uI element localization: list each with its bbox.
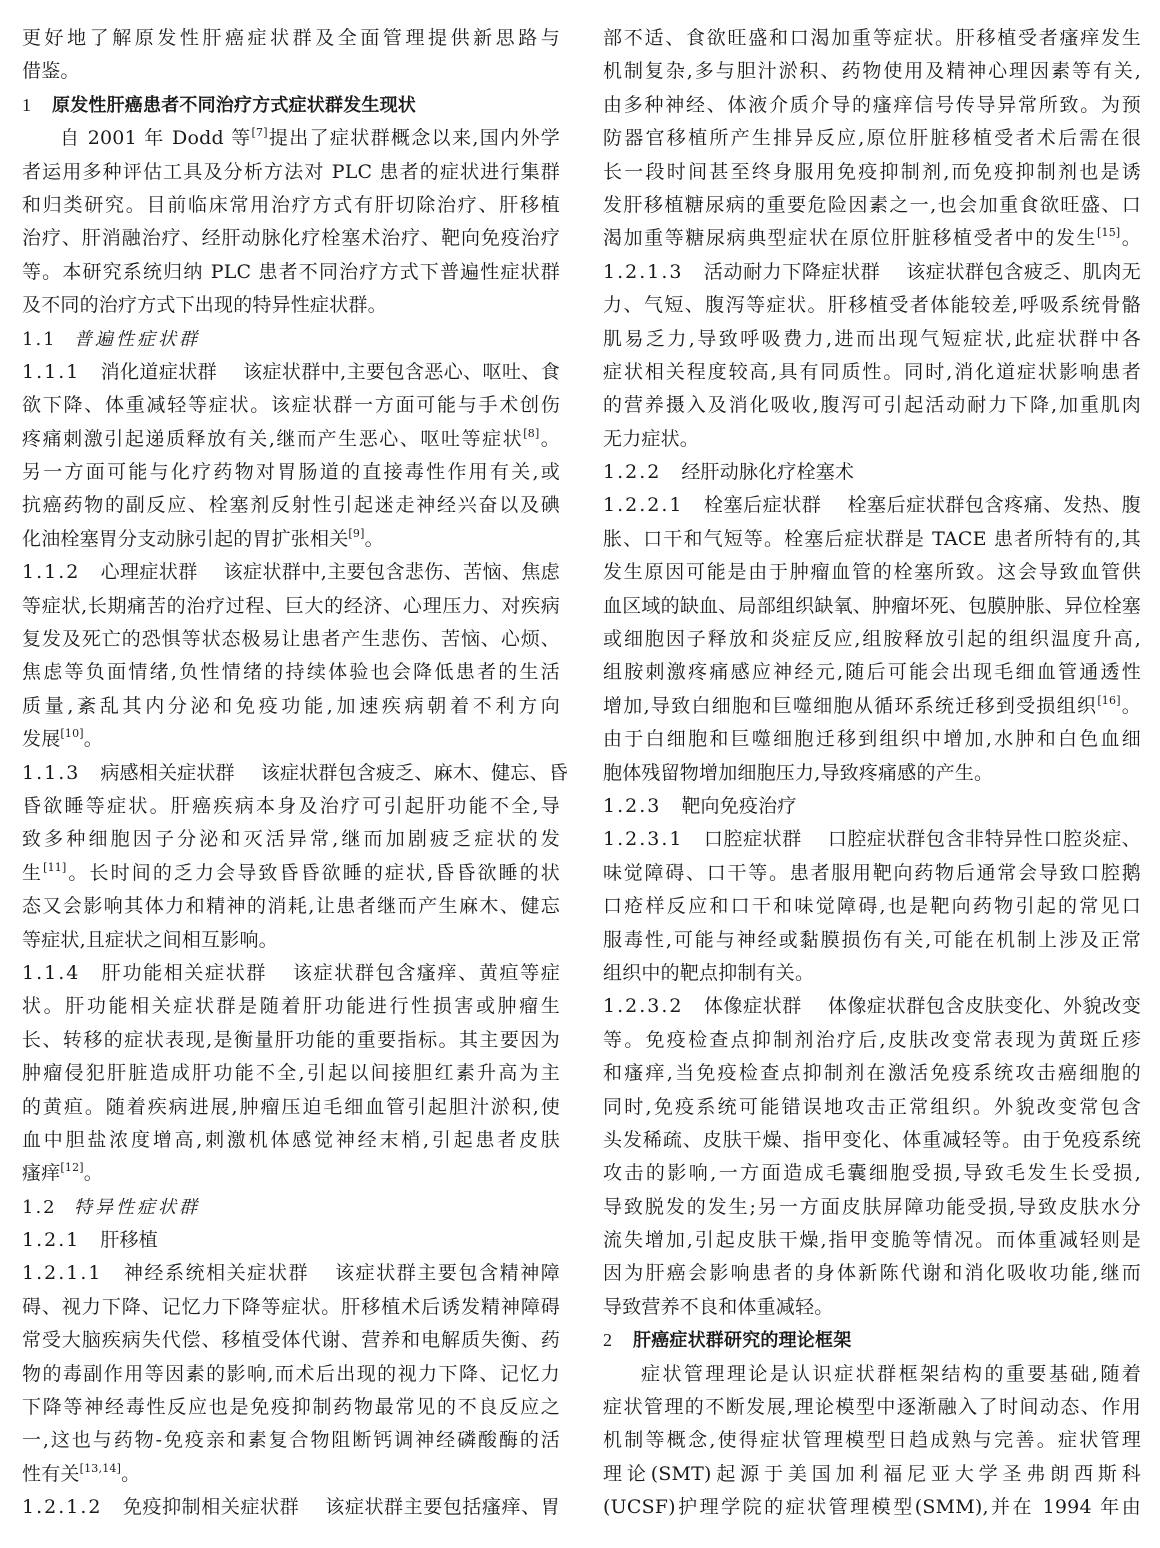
subsubsection-heading: 1.2.2经肝动脉化疗栓塞术 (603, 456, 1141, 489)
text-run: 性有关 (22, 1463, 80, 1485)
body-text-line: 焦虑等负面情绪,负性情绪的持续体验也会降低患者的生活 (22, 656, 560, 689)
text-run: 该症状群包含瘙痒、黄疸等症 (293, 962, 560, 984)
text-run: 体像症状群包含皮肤变化、外貌改变 (828, 995, 1141, 1017)
body-text-line: 口疮样反应和口干和味觉障碍,也是靶向药物引起的常见口 (603, 890, 1141, 923)
text-run: 复发及死亡的恐惧等状态极易让患者产生悲伤、苦恼、心烦、 (22, 628, 560, 650)
text-run: 。长时间的乏力会导致昏昏欲睡的症状,昏昏欲睡的状 (67, 862, 561, 884)
body-text-line: 者运用多种评估工具及分析方法对 PLC 患者的症状进行集群 (22, 156, 560, 189)
body-text-line: 等。本研究系统归纳 PLC 患者不同治疗方式下普遍性症状群 (22, 256, 560, 289)
text-run: 机制等概念,使得症状管理模型日趋成熟与完善。症状管理 (603, 1429, 1141, 1451)
subsubsection-number: 1.2.3 (603, 795, 661, 817)
body-text-line: 借鉴。 (22, 55, 560, 88)
citation-ref: [16] (1097, 694, 1120, 707)
body-text-line: 肌易乏力,导致呼吸费力,进而出现气短症状,此症状群中各 (603, 323, 1141, 356)
subsection-number: 1.2 (22, 1191, 74, 1224)
subsubsection-title: 肝移植 (100, 1229, 158, 1251)
text-run: 昏欲睡等症状。肝癌疾病本身及治疗可引起肝功能不全,导 (22, 795, 560, 817)
text-run: 等。本研究系统归纳 PLC 患者不同治疗方式下普遍性症状群 (22, 261, 560, 283)
subsection-title: 特异性症状群 (74, 1197, 200, 1218)
text-run: 等。免疫检查点抑制剂治疗后,皮肤改变常表现为黄斑丘疹 (603, 1029, 1141, 1051)
text-run: 发展 (22, 728, 60, 750)
body-text-line: 组胺刺激疼痛感应神经元,随后可能会出现毛细血管通透性 (603, 656, 1141, 689)
text-run: 该症状群中,主要包含恶心、呕吐、食 (243, 361, 560, 383)
text-run: 该症状群中,主要包含悲伤、苦恼、焦虑 (224, 561, 560, 583)
text-run: 。 (84, 728, 103, 750)
citation-ref: [10] (60, 727, 83, 740)
text-run: 。 (1121, 695, 1141, 717)
text-run: 服毒性,可能与神经或黏膜损伤有关,可能在机制上涉及正常 (603, 929, 1141, 951)
body-text-line: 味觉障碍、口干等。患者服用靶向药物后通常会导致口腔鹅 (603, 857, 1141, 890)
text-run: 同时,免疫系统可能错误地攻击正常组织。外貌改变常包含 (603, 1096, 1141, 1118)
subsection-title: 普遍性症状群 (74, 329, 200, 350)
text-run: 该症状群主要包含精神障 (335, 1262, 560, 1284)
text-run: 瘙痒 (22, 1162, 60, 1184)
body-text-line: 昏欲睡等症状。肝癌疾病本身及治疗可引起肝功能不全,导 (22, 790, 560, 823)
body-text-line: 复发及死亡的恐惧等状态极易让患者产生悲伤、苦恼、心烦、 (22, 623, 560, 656)
body-text-line: 更好地了解原发性肝癌症状群及全面管理提供新思路与 (22, 22, 560, 55)
body-text-line: 等。免疫检查点抑制剂治疗后,皮肤改变常表现为黄斑丘疹 (603, 1024, 1141, 1057)
body-text-line: 1.2.1.3活动耐力下降症状群该症状群包含疲乏、肌肉无 (603, 256, 1141, 289)
body-text-line: 症状管理的不断发展,理论模型中逐渐融入了时间动态、作用 (603, 1391, 1141, 1424)
section-heading: 2肝癌症状群研究的理论框架 (603, 1324, 1141, 1357)
text-run: 增加,导致白细胞和巨噬细胞从循环系统迁移到受损组织 (603, 695, 1097, 717)
body-text-line: 头发稀疏、皮肤干燥、指甲变化、体重减轻等。由于免疫系统 (603, 1124, 1141, 1157)
body-text-line: 长一段时间甚至终身服用免疫抑制剂,而免疫抑制剂也是诱 (603, 156, 1141, 189)
body-text-line: 机制复杂,多与胆汁淤积、药物使用及精神心理因素等有关, (603, 55, 1141, 88)
paragraph-number: 1.2.3.2 (603, 995, 683, 1017)
text-run: 等症状,且症状之间相互影响。 (22, 929, 278, 951)
text-run: 血区域的缺血、局部组织缺氧、肿瘤坏死、包膜肿胀、异位栓塞 (603, 595, 1141, 617)
body-text-line: 等症状,且症状之间相互影响。 (22, 924, 560, 957)
right-column: 部不适、食欲旺盛和口渴加重等症状。肝移植受者瘙痒发生机制复杂,多与胆汁淤积、药物… (603, 22, 1141, 1525)
text-run: 渴加重等糖尿病典型症状在原位肝脏移植受者中的发生 (603, 227, 1097, 249)
text-run: 味觉障碍、口干等。患者服用靶向药物后通常会导致口腔鹅 (603, 862, 1141, 884)
paragraph-number: 1.2.1.3 (603, 261, 683, 283)
body-text-line: 胀、口干和气短等。栓塞后症状群是 TACE 患者所特有的,其 (603, 523, 1141, 556)
body-text-line: (UCSF)护理学院的症状管理模型(SMM),并在 1994 年由 (603, 1491, 1141, 1524)
body-text-line: 部不适、食欲旺盛和口渴加重等症状。肝移植受者瘙痒发生 (603, 22, 1141, 55)
subsection-heading: 1.2特异性症状群 (22, 1191, 560, 1224)
text-run: 口疮样反应和口干和味觉障碍,也是靶向药物引起的常见口 (603, 895, 1141, 917)
text-run: 致多种细胞因子分泌和灭活异常,继而加剧疲乏症状的发 (22, 828, 560, 850)
subsection-heading: 1.1普遍性症状群 (22, 323, 560, 356)
subsubsection-title: 经肝动脉化疗栓塞术 (681, 461, 854, 483)
text-run: 或细胞因子释放和炎症反应,组胺释放引起的组织温度升高, (603, 628, 1141, 650)
text-run: 长一段时间甚至终身服用免疫抑制剂,而免疫抑制剂也是诱 (603, 161, 1141, 183)
body-text-line: 疼痛刺激引起递质释放有关,继而产生恶心、呕吐等症状[8]。 (22, 423, 560, 456)
citation-ref: [13,14] (80, 1462, 121, 1475)
citation-ref: [9] (348, 527, 364, 540)
text-run: 化油栓塞胃分支动脉引起的胃扩张相关 (22, 528, 348, 550)
body-text-line: 组织中的靶点抑制有关。 (603, 957, 1141, 990)
section-title: 肝癌症状群研究的理论框架 (633, 1330, 851, 1351)
subsubsection-number: 1.2.1 (22, 1229, 80, 1251)
text-run: 长、转移的症状表现,是衡量肝功能的重要指标。其主要因为 (22, 1029, 560, 1051)
text-run: 症状管理理论是认识症状群框架结构的重要基础,随着 (641, 1363, 1141, 1385)
body-text-line: 态又会影响其体力和精神的消耗,让患者继而产生麻木、健忘 (22, 890, 560, 923)
text-run: 胞体残留物增加细胞压力,导致疼痛感的产生。 (603, 762, 993, 784)
paragraph-number: 1.1.4 (22, 962, 80, 984)
text-run: 抗癌药物的副反应、栓塞剂反射性引起迷走神经兴奋以及碘 (22, 494, 560, 516)
text-run: 症状管理的不断发展,理论模型中逐渐融入了时间动态、作用 (603, 1396, 1141, 1418)
text-run: 导致营养不良和体重减轻。 (603, 1296, 833, 1318)
subsection-number: 1.1 (22, 323, 74, 356)
text-run: 部不适、食欲旺盛和口渴加重等症状。肝移植受者瘙痒发生 (603, 27, 1141, 49)
body-text-line: 症状管理理论是认识症状群框架结构的重要基础,随着 (603, 1358, 1141, 1391)
body-text-line: 1.1.3病感相关症状群该症状群包含疲乏、麻木、健忘、昏 (22, 757, 560, 790)
text-run: 。 (1120, 227, 1141, 249)
body-text-line: 1.2.1.2免疫抑制相关症状群该症状群主要包括瘙痒、胃 (22, 1491, 560, 1524)
body-text-line: 发生原因可能是由于肿瘤血管的栓塞所致。这会导致血管供 (603, 556, 1141, 589)
text-run: 因为肝癌会影响患者的身体新陈代谢和消化吸收功能,继而 (603, 1262, 1141, 1284)
body-text-line: 无力症状。 (603, 423, 1141, 456)
paragraph-number: 1.2.2.1 (603, 494, 683, 516)
body-text-line: 状。肝功能相关症状群是随着肝功能进行性损害或肿瘤生 (22, 990, 560, 1023)
body-text-line: 由多种神经、体液介质介导的瘙痒信号传导异常所致。为预 (603, 89, 1141, 122)
body-text-line: 治疗、肝消融治疗、经肝动脉化疗栓塞术治疗、靶向免疫治疗 (22, 222, 560, 255)
body-text-line: 和瘙痒,当免疫检查点抑制剂在激活免疫系统攻击癌细胞的 (603, 1057, 1141, 1090)
text-run: 借鉴。 (22, 60, 80, 82)
body-text-line: 化油栓塞胃分支动脉引起的胃扩张相关[9]。 (22, 523, 560, 556)
paragraph-title: 免疫抑制相关症状群 (122, 1496, 299, 1518)
body-text-line: 致多种细胞因子分泌和灭活异常,继而加剧疲乏症状的发 (22, 823, 560, 856)
body-text-line: 性有关[13,14]。 (22, 1458, 560, 1491)
body-text-line: 血区域的缺血、局部组织缺氧、肿瘤坏死、包膜肿胀、异位栓塞 (603, 590, 1141, 623)
text-run: 。 (365, 528, 384, 550)
body-text-line: 1.2.3.1口腔症状群口腔症状群包含非特异性口腔炎症、 (603, 823, 1141, 856)
body-text-line: 胞体残留物增加细胞压力,导致疼痛感的产生。 (603, 757, 1141, 790)
paragraph-title: 活动耐力下降症状群 (703, 261, 880, 283)
body-text-line: 一,这也与药物-免疫亲和素复合物阻断钙调神经磷酸酶的活 (22, 1424, 560, 1457)
subsubsection-number: 1.2.2 (603, 461, 661, 483)
body-text-line: 发展[10]。 (22, 723, 560, 756)
paragraph-number: 1.2.3.1 (603, 828, 683, 850)
paragraph-title: 消化道症状群 (100, 361, 217, 383)
body-text-line: 抗癌药物的副反应、栓塞剂反射性引起迷走神经兴奋以及碘 (22, 489, 560, 522)
text-run: 物的毒副作用等因素的影响,而术后出现的视力下降、记忆力 (22, 1363, 560, 1385)
body-text-line: 或细胞因子释放和炎症反应,组胺释放引起的组织温度升高, (603, 623, 1141, 656)
text-run: 血中胆盐浓度增高,刺激机体感觉神经末梢,引起患者皮肤 (22, 1129, 560, 1151)
text-run: 。 (121, 1463, 140, 1485)
body-text-line: 生[11]。长时间的乏力会导致昏昏欲睡的症状,昏昏欲睡的状 (22, 857, 560, 890)
text-run: 质量,紊乱其内分泌和免疫功能,加速疾病朝着不利方向 (22, 695, 560, 717)
text-run: 欲下降、体重减轻等症状。该症状群一方面可能与手术创伤 (22, 394, 560, 416)
citation-ref: [7] (252, 126, 268, 139)
text-run: 生 (22, 862, 43, 884)
body-text-line: 下降等神经毒性反应也是免疫抑制药物最常见的不良反应之 (22, 1391, 560, 1424)
text-run: 一,这也与药物-免疫亲和素复合物阻断钙调神经磷酸酶的活 (22, 1429, 560, 1451)
paragraph-title: 体像症状群 (703, 995, 801, 1017)
text-run: (UCSF)护理学院的症状管理模型(SMM),并在 1994 年由 (603, 1496, 1141, 1518)
text-run: 的黄疸。随着疾病进展,肿瘤压迫毛细血管引起胆汁淤积,使 (22, 1096, 560, 1118)
body-text-line: 1.1.4肝功能相关症状群该症状群包含瘙痒、黄疸等症 (22, 957, 560, 990)
body-text-line: 1.2.2.1栓塞后症状群栓塞后症状群包含疼痛、发热、腹 (603, 489, 1141, 522)
body-text-line: 1.1.2心理症状群该症状群中,主要包含悲伤、苦恼、焦虑 (22, 556, 560, 589)
text-run: 该症状群包含疲乏、麻木、健忘、昏 (261, 762, 568, 784)
body-text-line: 血中胆盐浓度增高,刺激机体感觉神经末梢,引起患者皮肤 (22, 1124, 560, 1157)
text-run: 导致脱发的发生;另一方面皮肤屏障功能受损,导致皮肤水分 (603, 1196, 1141, 1218)
citation-ref: [12] (60, 1161, 83, 1174)
subsubsection-title: 靶向免疫治疗 (681, 795, 796, 817)
text-run: 该症状群包含疲乏、肌肉无 (906, 261, 1141, 283)
text-run: 无力症状。 (603, 428, 699, 450)
text-run: 栓塞后症状群包含疼痛、发热、腹 (847, 494, 1141, 516)
body-text-line: 欲下降、体重减轻等症状。该症状群一方面可能与手术创伤 (22, 389, 560, 422)
text-run: 力、气短、腹泻等症状。肝移植受者体能较差,呼吸系统骨骼 (603, 294, 1141, 316)
text-run: 态又会影响其体力和精神的消耗,让患者继而产生麻木、健忘 (22, 895, 560, 917)
paragraph-title: 肝功能相关症状群 (100, 962, 267, 984)
section-number: 1 (22, 89, 52, 122)
text-run: 和瘙痒,当免疫检查点抑制剂在激活免疫系统攻击癌细胞的 (603, 1062, 1141, 1084)
body-text-line: 的营养摄入及消化吸收,腹泻可引起活动耐力下降,加重肌肉 (603, 389, 1141, 422)
body-text-line: 导致脱发的发生;另一方面皮肤屏障功能受损,导致皮肤水分 (603, 1191, 1141, 1224)
body-text-line: 因为肝癌会影响患者的身体新陈代谢和消化吸收功能,继而 (603, 1257, 1141, 1290)
body-text-line: 1.2.1.1神经系统相关症状群该症状群主要包含精神障 (22, 1257, 560, 1290)
text-run: 常受大脑疾病失代偿、移植受体代谢、营养和电解质失衡、药 (22, 1329, 560, 1351)
text-run: 理论(SMT)起源于美国加利福尼亚大学圣弗朗西斯科 (603, 1463, 1141, 1485)
text-run: 防器官移植所产生排异反应,原位肝脏移植受者术后需在很 (603, 127, 1141, 149)
body-text-line: 的黄疸。随着疾病进展,肿瘤压迫毛细血管引起胆汁淤积,使 (22, 1091, 560, 1124)
text-run: 治疗、肝消融治疗、经肝动脉化疗栓塞术治疗、靶向免疫治疗 (22, 227, 560, 249)
body-text-line: 攻击的影响,一方面造成毛囊细胞受损,导致毛发生长受损, (603, 1157, 1141, 1190)
text-run: 和归类研究。目前临床常用治疗方式有肝切除治疗、肝移植 (22, 194, 560, 216)
paragraph-title: 病感相关症状群 (100, 762, 234, 784)
body-text-line: 流失增加,引起皮肤干燥,指甲变脆等情况。而体重减轻则是 (603, 1224, 1141, 1257)
text-run: 由于白细胞和巨噬细胞迁移到组织中增加,水肿和白色血细 (603, 728, 1141, 750)
body-text-line: 导致营养不良和体重减轻。 (603, 1291, 1141, 1324)
paragraph-title: 口腔症状群 (703, 828, 801, 850)
body-text-line: 服毒性,可能与神经或黏膜损伤有关,可能在机制上涉及正常 (603, 924, 1141, 957)
text-run: 胀、口干和气短等。栓塞后症状群是 TACE 患者所特有的,其 (603, 528, 1141, 550)
text-run: 及不同的治疗方式下出现的特异性症状群。 (22, 294, 387, 316)
text-run: 。 (539, 428, 560, 450)
text-run: 组胺刺激疼痛感应神经元,随后可能会出现毛细血管通透性 (603, 661, 1141, 683)
text-run: 者运用多种评估工具及分析方法对 PLC 患者的症状进行集群 (22, 161, 560, 183)
text-run: 机制复杂,多与胆汁淤积、药物使用及精神心理因素等有关, (603, 60, 1141, 82)
paragraph-number: 1.1.1 (22, 361, 80, 383)
subsubsection-heading: 1.2.3靶向免疫治疗 (603, 790, 1141, 823)
body-text-line: 症状相关程度较高,具有同质性。同时,消化道症状影响患者 (603, 356, 1141, 389)
text-run: 该症状群主要包括瘙痒、胃 (325, 1496, 560, 1518)
paragraph-number: 1.2.1.1 (22, 1262, 102, 1284)
paragraph-title: 心理症状群 (100, 561, 197, 583)
section-title: 原发性肝癌患者不同治疗方式症状群发生现状 (52, 95, 416, 116)
body-text-line: 等症状,长期痛苦的治疗过程、巨大的经济、心理压力、对疾病 (22, 590, 560, 623)
text-run: 自 2001 年 Dodd 等 (60, 127, 252, 149)
body-text-line: 和归类研究。目前临床常用治疗方式有肝切除治疗、肝移植 (22, 189, 560, 222)
body-text-line: 物的毒副作用等因素的影响,而术后出现的视力下降、记忆力 (22, 1358, 560, 1391)
text-run: 的营养摄入及消化吸收,腹泻可引起活动耐力下降,加重肌肉 (603, 394, 1141, 416)
body-text-line: 渴加重等糖尿病典型症状在原位肝脏移植受者中的发生[15]。 (603, 222, 1141, 255)
text-run: 肿瘤侵犯肝脏造成肝功能不全,引起以间接胆红素升高为主 (22, 1062, 560, 1084)
text-run: 更好地了解原发性肝癌症状群及全面管理提供新思路与 (22, 27, 560, 49)
body-text-line: 另一方面可能与化疗药物对胃肠道的直接毒性作用有关,或 (22, 456, 560, 489)
body-text-line: 机制等概念,使得症状管理模型日趋成熟与完善。症状管理 (603, 1424, 1141, 1457)
body-text-line: 发肝移植糖尿病的重要危险因素之一,也会加重食欲旺盛、口 (603, 189, 1141, 222)
text-run: 组织中的靶点抑制有关。 (603, 962, 814, 984)
paragraph-number: 1.1.2 (22, 561, 80, 583)
body-text-line: 碍、视力下降、记忆力下降等症状。肝移植术后诱发精神障碍 (22, 1291, 560, 1324)
paragraph-number: 1.1.3 (22, 762, 80, 784)
text-run: 焦虑等负面情绪,负性情绪的持续体验也会降低患者的生活 (22, 661, 560, 683)
body-text-line: 自 2001 年 Dodd 等[7]提出了症状群概念以来,国内外学 (22, 122, 560, 155)
text-run: 肌易乏力,导致呼吸费力,进而出现气短症状,此症状群中各 (603, 328, 1141, 350)
paragraph-title: 神经系统相关症状群 (122, 1262, 309, 1284)
body-text-line: 增加,导致白细胞和巨噬细胞从循环系统迁移到受损组织[16]。 (603, 690, 1141, 723)
text-run: 流失增加,引起皮肤干燥,指甲变脆等情况。而体重减轻则是 (603, 1229, 1141, 1251)
section-heading: 1原发性肝癌患者不同治疗方式症状群发生现状 (22, 89, 560, 122)
body-text-line: 理论(SMT)起源于美国加利福尼亚大学圣弗朗西斯科 (603, 1458, 1141, 1491)
section-number: 2 (603, 1324, 633, 1357)
left-column: 更好地了解原发性肝癌症状群及全面管理提供新思路与借鉴。1原发性肝癌患者不同治疗方… (22, 22, 560, 1525)
text-run: 头发稀疏、皮肤干燥、指甲变化、体重减轻等。由于免疫系统 (603, 1129, 1141, 1151)
text-run: 发肝移植糖尿病的重要危险因素之一,也会加重食欲旺盛、口 (603, 194, 1141, 216)
text-run: 碍、视力下降、记忆力下降等症状。肝移植术后诱发精神障碍 (22, 1296, 560, 1318)
text-run: 疼痛刺激引起递质释放有关,继而产生恶心、呕吐等症状 (22, 428, 523, 450)
text-run: 提出了症状群概念以来,国内外学 (268, 127, 560, 149)
body-text-line: 瘙痒[12]。 (22, 1157, 560, 1190)
paragraph-number: 1.2.1.2 (22, 1496, 102, 1518)
citation-ref: [8] (523, 427, 539, 440)
body-text-line: 1.2.3.2体像症状群体像症状群包含皮肤变化、外貌改变 (603, 990, 1141, 1023)
body-text-line: 由于白细胞和巨噬细胞迁移到组织中增加,水肿和白色血细 (603, 723, 1141, 756)
body-text-line: 质量,紊乱其内分泌和免疫功能,加速疾病朝着不利方向 (22, 690, 560, 723)
body-text-line: 常受大脑疾病失代偿、移植受体代谢、营养和电解质失衡、药 (22, 1324, 560, 1357)
text-run: 等症状,长期痛苦的治疗过程、巨大的经济、心理压力、对疾病 (22, 595, 560, 617)
text-run: 口腔症状群包含非特异性口腔炎症、 (828, 828, 1141, 850)
text-run: 。 (84, 1162, 103, 1184)
text-run: 下降等神经毒性反应也是免疫抑制药物最常见的不良反应之 (22, 1396, 560, 1418)
body-text-line: 力、气短、腹泻等症状。肝移植受者体能较差,呼吸系统骨骼 (603, 289, 1141, 322)
body-text-line: 肿瘤侵犯肝脏造成肝功能不全,引起以间接胆红素升高为主 (22, 1057, 560, 1090)
citation-ref: [11] (43, 861, 66, 874)
body-text-line: 长、转移的症状表现,是衡量肝功能的重要指标。其主要因为 (22, 1024, 560, 1057)
text-run: 由多种神经、体液介质介导的瘙痒信号传导异常所致。为预 (603, 94, 1141, 116)
body-text-line: 防器官移植所产生排异反应,原位肝脏移植受者术后需在很 (603, 122, 1141, 155)
citation-ref: [15] (1097, 226, 1120, 239)
text-run: 发生原因可能是由于肿瘤血管的栓塞所致。这会导致血管供 (603, 561, 1141, 583)
subsubsection-heading: 1.2.1肝移植 (22, 1224, 560, 1257)
body-text-line: 1.1.1消化道症状群该症状群中,主要包含恶心、呕吐、食 (22, 356, 560, 389)
text-run: 攻击的影响,一方面造成毛囊细胞受损,导致毛发生长受损, (603, 1162, 1141, 1184)
text-run: 症状相关程度较高,具有同质性。同时,消化道症状影响患者 (603, 361, 1141, 383)
text-run: 另一方面可能与化疗药物对胃肠道的直接毒性作用有关,或 (22, 461, 560, 483)
text-run: 状。肝功能相关症状群是随着肝功能进行性损害或肿瘤生 (22, 995, 560, 1017)
paragraph-title: 栓塞后症状群 (703, 494, 821, 516)
body-text-line: 及不同的治疗方式下出现的特异性症状群。 (22, 289, 560, 322)
body-text-line: 同时,免疫系统可能错误地攻击正常组织。外貌改变常包含 (603, 1091, 1141, 1124)
